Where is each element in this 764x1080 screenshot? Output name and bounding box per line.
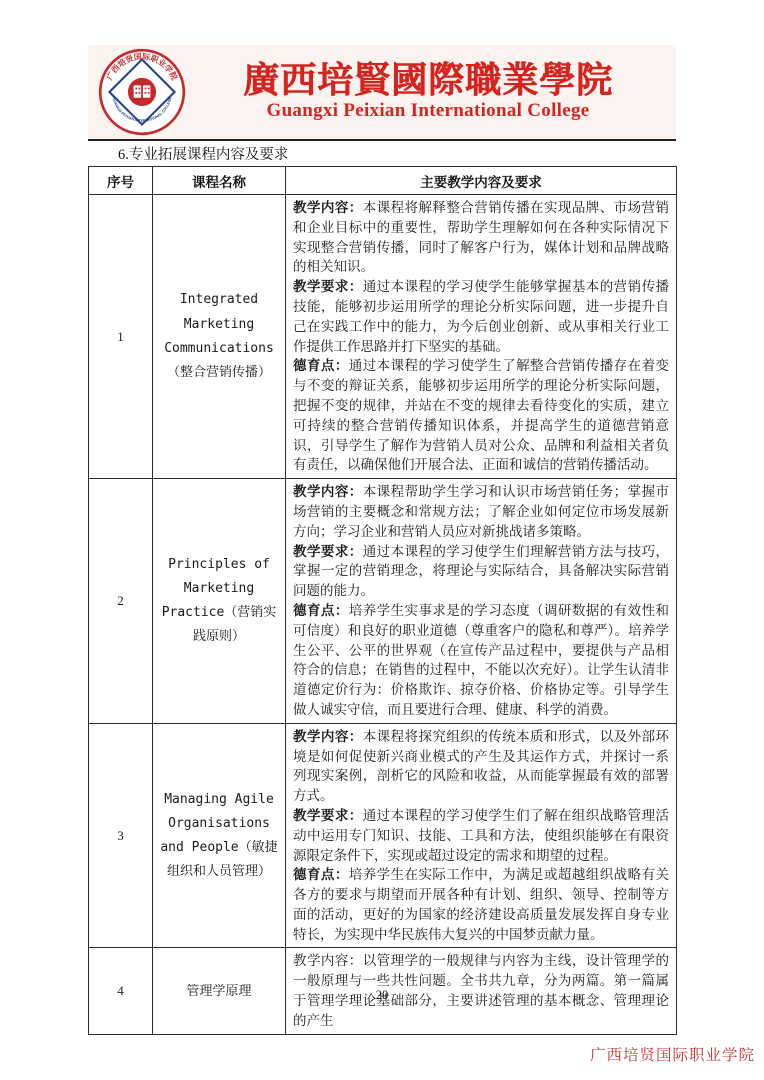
col-header-no: 序号 bbox=[89, 167, 153, 195]
row-number: 1 bbox=[89, 195, 153, 479]
table-row: 3 Managing Agile Organisations and Peopl… bbox=[89, 723, 677, 948]
row-number: 3 bbox=[89, 723, 153, 948]
row-number: 2 bbox=[89, 479, 153, 724]
page-number: 20 bbox=[0, 988, 764, 1003]
course-content: 教学内容：本课程帮助学生学习和认识市场营销任务；掌握市场营销的主要概念和常规方法… bbox=[286, 479, 677, 724]
course-content: 教学内容：本课程将解释整合营销传播在实现品牌、市场营销和企业目标中的重要性，帮助… bbox=[286, 195, 677, 479]
course-name: Managing Agile Organisations and People（… bbox=[153, 723, 286, 948]
college-titles: 廣西培賢國際職業學院 Guangxi Peixian International… bbox=[186, 62, 676, 123]
college-seal-logo: 广西培贤国际职业学院 GUANGXI PEIXIAN INTERNATIONAL… bbox=[98, 48, 186, 136]
table-row: 2 Principles of Marketing Practice（营销实践原… bbox=[89, 479, 677, 724]
college-name-en: Guangxi Peixian International College bbox=[186, 100, 670, 122]
course-content: 教学内容：本课程将探究组织的传统本质和形式，以及外部环境是如何促使新兴商业模式的… bbox=[286, 723, 677, 948]
table-row: 1 Integrated Marketing Communications（整合… bbox=[89, 195, 677, 479]
course-table: 序号 课程名称 主要教学内容及要求 1 Integrated Marketing… bbox=[88, 166, 677, 1035]
course-name: Integrated Marketing Communications（整合营销… bbox=[153, 195, 286, 479]
col-header-course: 课程名称 bbox=[153, 167, 286, 195]
page-header: 广西培贤国际职业学院 GUANGXI PEIXIAN INTERNATIONAL… bbox=[88, 45, 676, 141]
document-page: 广西培贤国际职业学院 GUANGXI PEIXIAN INTERNATIONAL… bbox=[0, 0, 764, 1080]
table-header-row: 序号 课程名称 主要教学内容及要求 bbox=[89, 167, 677, 195]
college-name-zh: 廣西培賢國際職業學院 bbox=[186, 62, 670, 100]
footer-college-name: 广西培贤国际职业学院 bbox=[590, 1043, 755, 1065]
course-name: Principles of Marketing Practice（营销实践原则） bbox=[153, 479, 286, 724]
col-header-content: 主要教学内容及要求 bbox=[286, 167, 677, 195]
section-title: 6.专业拓展课程内容及要求 bbox=[118, 143, 288, 164]
